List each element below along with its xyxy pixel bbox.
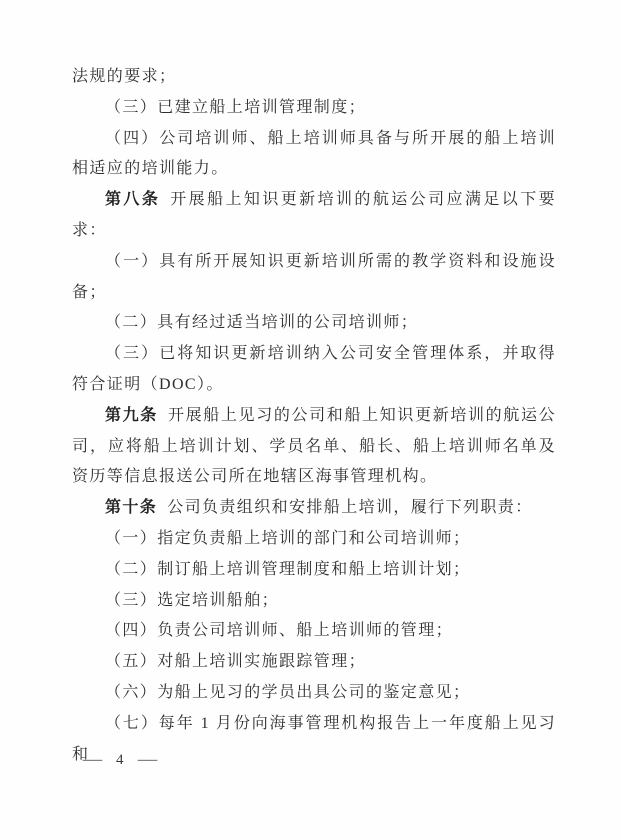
paragraph-continuation: 法规的要求； bbox=[72, 62, 556, 93]
paragraph-article-10-item-3: （三）选定培训船舶； bbox=[72, 586, 556, 617]
paragraph-article-10-item-2: （二）制订船上培训管理制度和船上培训计划； bbox=[72, 555, 556, 586]
paragraph-article-8: 第八条开展船上知识更新培训的航运公司应满足以下要求： bbox=[72, 185, 556, 247]
paragraph-article-10-item-5: （五）对船上培训实施跟踪管理； bbox=[72, 647, 556, 678]
paragraph-text: （三）已建立船上培训管理制度； bbox=[105, 99, 366, 116]
paragraph-article-10-item-1: （一）指定负责船上培训的部门和公司培训师； bbox=[72, 524, 556, 555]
paragraph-text: （四）公司培训师、船上培训师具备与所开展的船上培训相适应的培训能力。 bbox=[72, 130, 556, 178]
footer-dash-right: — bbox=[137, 752, 157, 769]
paragraph-article-10-item-4: （四）负责公司培训师、船上培训师的管理； bbox=[72, 616, 556, 647]
paragraph-clause-4: （四）公司培训师、船上培训师具备与所开展的船上培训相适应的培训能力。 bbox=[72, 124, 556, 186]
paragraph-text: （二）具有经过适当培训的公司培训师； bbox=[105, 314, 418, 331]
article-8-number: 第八条 bbox=[105, 191, 160, 208]
paragraph-text: （五）对船上培训实施跟踪管理； bbox=[105, 653, 366, 670]
paragraph-text: （三）已将知识更新培训纳入公司安全管理体系，并取得符合证明（DOC）。 bbox=[72, 345, 556, 393]
page-number: 4 bbox=[116, 752, 124, 769]
paragraph-clause-3: （三）已建立船上培训管理制度； bbox=[72, 93, 556, 124]
page-footer: — 4 — bbox=[85, 752, 155, 769]
document-page: 法规的要求； （三）已建立船上培训管理制度； （四）公司培训师、船上培训师具备与… bbox=[0, 0, 621, 840]
article-9-number: 第九条 bbox=[105, 407, 158, 424]
footer-dash-left: — bbox=[83, 752, 103, 769]
paragraph-text: （一）具有所开展知识更新培训所需的教学资料和设施设备； bbox=[72, 253, 556, 301]
paragraph-text: （二）制订船上培训管理制度和船上培训计划； bbox=[105, 561, 470, 578]
text-block: 法规的要求； （三）已建立船上培训管理制度； （四）公司培训师、船上培训师具备与… bbox=[72, 62, 556, 770]
article-10-number: 第十条 bbox=[105, 499, 157, 516]
paragraph-text: 法规的要求； bbox=[72, 68, 176, 85]
paragraph-text: （六）为船上见习的学员出具公司的鉴定意见； bbox=[105, 684, 470, 701]
paragraph-article-9: 第九条开展船上见习的公司和船上知识更新培训的航运公司，应将船上培训计划、学员名单… bbox=[72, 401, 556, 493]
paragraph-text: （四）负责公司培训师、船上培训师的管理； bbox=[105, 622, 453, 639]
paragraph-article-8-item-1: （一）具有所开展知识更新培训所需的教学资料和设施设备； bbox=[72, 247, 556, 309]
paragraph-article-8-item-2: （二）具有经过适当培训的公司培训师； bbox=[72, 308, 556, 339]
paragraph-article-10-item-6: （六）为船上见习的学员出具公司的鉴定意见； bbox=[72, 678, 556, 709]
paragraph-article-8-item-3: （三）已将知识更新培训纳入公司安全管理体系，并取得符合证明（DOC）。 bbox=[72, 339, 556, 401]
paragraph-text: 公司负责组织和安排船上培训，履行下列职责： bbox=[167, 499, 532, 516]
paragraph-text: （三）选定培训船舶； bbox=[105, 592, 279, 609]
paragraph-text: （一）指定负责船上培训的部门和公司培训师； bbox=[105, 530, 470, 547]
paragraph-article-10: 第十条公司负责组织和安排船上培训，履行下列职责： bbox=[72, 493, 556, 524]
